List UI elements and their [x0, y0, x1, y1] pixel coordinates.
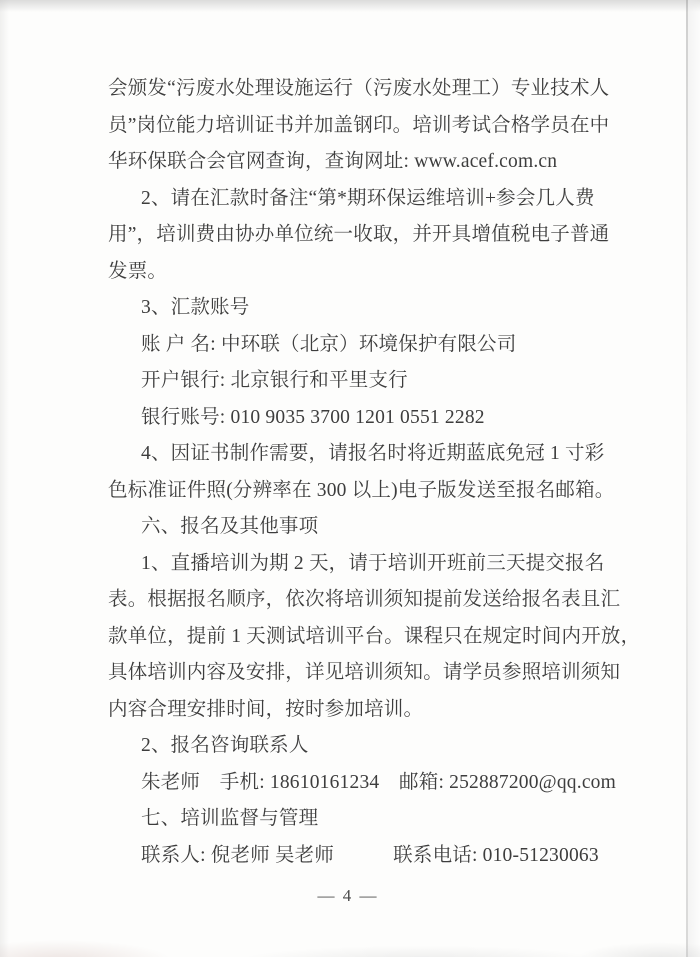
scan-edge-right	[688, 0, 700, 957]
text-line: 华环保联合会官网查询，查询网址: www.acef.com.cn	[108, 144, 628, 181]
bank-branch: 开户银行: 北京银行和平里支行	[108, 363, 628, 400]
contact-line: 朱老师 手机: 18610161234 邮箱: 252887200@qq.com	[108, 765, 628, 802]
text-line: 款单位，提前 1 天测试培训平台。课程只在规定时间内开放，	[108, 619, 628, 656]
section-heading: 六、报名及其他事项	[108, 509, 628, 546]
page-number: — 4 —	[108, 886, 588, 906]
text-line: 具体培训内容及安排，详见培训须知。请学员参照培训须知	[108, 655, 628, 692]
text-line: 发票。	[108, 254, 628, 291]
text-line: 用”，培训费由协办单位统一收取，并开具增值税电子普通	[108, 217, 628, 254]
text-line: 1、直播培训为期 2 天，请于培训开班前三天提交报名	[108, 546, 628, 583]
text-line: 色标准证件照(分辨率在 300 以上)电子版发送至报名邮箱。	[108, 473, 628, 510]
bank-account-name: 账 户 名: 中环联（北京）环境保护有限公司	[108, 327, 628, 364]
text-line: 内容合理安排时间，按时参加培训。	[108, 692, 628, 729]
text-line: 4、因证书制作需要，请报名时将近期蓝底免冠 1 寸彩	[108, 436, 628, 473]
section-heading: 七、培训监督与管理	[108, 801, 628, 838]
scan-edge-left	[0, 0, 9, 957]
body-text: 会颁发“污废水处理设施运行（污废水处理工）专业技术人 员”岗位能力培训证书并加盖…	[108, 71, 628, 874]
text-line: 员”岗位能力培训证书并加盖钢印。培训考试合格学员在中	[108, 108, 628, 145]
contact-line: 联系人: 倪老师 吴老师 联系电话: 010-51230063	[108, 838, 628, 875]
text-line: 表。根据报名顺序，依次将培训须知提前发送给报名表且汇	[108, 582, 628, 619]
text-line: 2、请在汇款时备注“第*期环保运维培训+参会几人费	[108, 181, 628, 218]
scan-edge-top	[0, 0, 700, 12]
text-line: 会颁发“污废水处理设施运行（污废水处理工）专业技术人	[108, 71, 628, 108]
document-page: 会颁发“污废水处理设施运行（污废水处理工）专业技术人 员”岗位能力培训证书并加盖…	[0, 0, 700, 957]
bank-account-number: 银行账号: 010 9035 3700 1201 0551 2282	[108, 400, 628, 437]
scan-smudge-bottom	[0, 931, 700, 957]
section-heading: 3、汇款账号	[108, 290, 628, 327]
section-heading: 2、报名咨询联系人	[108, 728, 628, 765]
